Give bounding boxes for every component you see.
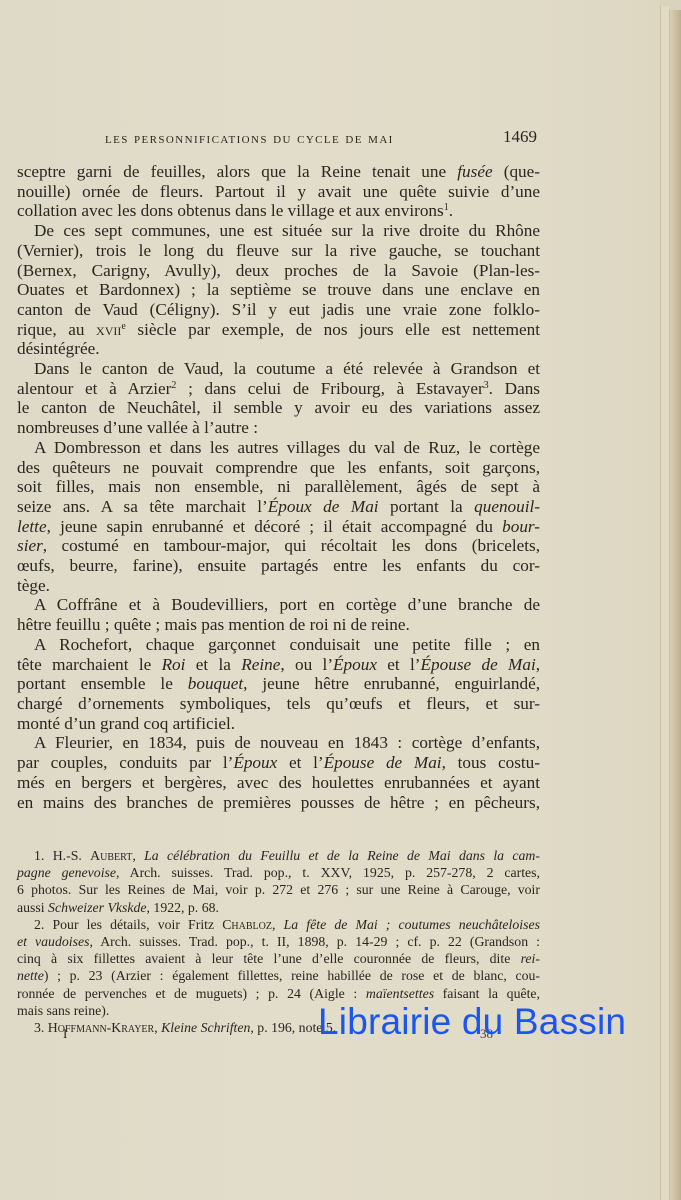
text-line: désintégrée. <box>17 339 540 359</box>
footnote-line: pagne genevoise, Arch. suisses. Trad. po… <box>17 864 540 881</box>
text-line: (Bernex, Carigny, Avully), deux proches … <box>17 261 540 281</box>
text-line: nombreuses d’une vallée à l’autre : <box>17 418 540 438</box>
text-line: De ces sept communes, une est située sur… <box>17 221 540 241</box>
text-line: canton de Vaud (Céligny). S’il y eut jad… <box>17 300 540 320</box>
footnote-line: cinq à six fillettes avaient à leur tête… <box>17 950 540 967</box>
text-line: collation avec les dons obtenus dans le … <box>17 201 540 221</box>
text-line: seize ans. A sa tête marchait l’Époux de… <box>17 497 540 517</box>
text-line: sceptre garni de feuilles, alors que la … <box>17 162 540 182</box>
footnote-line: 6 photos. Sur les Reines de Mai, voir p.… <box>17 881 540 898</box>
footnote-line: et vaudoises, Arch. suisses. Trad. pop.,… <box>17 933 540 950</box>
text-line: (Vernier), trois le long du fleuve sur l… <box>17 241 540 261</box>
watermark: Librairie du Bassin <box>318 1001 626 1043</box>
text-line: œufs, beurre, farine), ensuite partagés … <box>17 556 540 576</box>
text-line: Dans le canton de Vaud, la coutume a été… <box>17 359 540 379</box>
running-title: Les personnifications du cycle de mai <box>105 130 394 148</box>
text-line: lette, jeune sapin enrubanné et décoré ;… <box>17 517 540 537</box>
text-line: par couples, conduits par l’Époux et l’É… <box>17 753 540 773</box>
text-line: alentour et à Arzier2 ; dans celui de Fr… <box>17 379 540 399</box>
text-line: hêtre feuillu ; quête ; mais pas mention… <box>17 615 540 635</box>
text-line: des quêteurs ne pouvait comprendre que l… <box>17 458 540 478</box>
text-line: Ouates et Bardonnex) ; la septième se tr… <box>17 280 540 300</box>
text-line: més en bergers et bergères, avec des hou… <box>17 773 540 793</box>
text-line: sier, costumé en tambour-major, qui réco… <box>17 536 540 556</box>
footnote-line: nette) ; p. 23 (Arzier : également fille… <box>17 967 540 984</box>
text-line: chargé d’ornements symboliques, tels qu’… <box>17 694 540 714</box>
text-line: soit filles, mais non ensemble, ni paral… <box>17 477 540 497</box>
text-line: nouille) ornée de fleurs. Partout il y a… <box>17 182 540 202</box>
page-edge <box>660 6 669 1200</box>
footnote-line: ronnée de pervenches et de muguets) ; p.… <box>17 985 540 1002</box>
text-line: tège. <box>17 576 540 596</box>
text-line: A Dombresson et dans les autres villages… <box>17 438 540 458</box>
text-line: portant ensemble le bouquet, jeune hêtre… <box>17 674 540 694</box>
text-line: tête marchaient le Roi et la Reine, ou l… <box>17 655 540 675</box>
signature-mark: I <box>63 1026 67 1042</box>
footnote-line: aussi Schweizer Vkskde, 1922, p. 68. <box>17 899 540 916</box>
text-line: A Rochefort, chaque garçonnet conduisait… <box>17 635 540 655</box>
page-number: 1469 <box>503 127 537 147</box>
text-line: A Fleurier, en 1834, puis de nouveau en … <box>17 733 540 753</box>
main-text: sceptre garni de feuilles, alors que la … <box>17 162 540 812</box>
text-line: le canton de Neuchâtel, il semble y avoi… <box>17 398 540 418</box>
footnote-line: 1. H.-S. Aubert, La célébration du Feuil… <box>17 847 540 864</box>
text-line: rique, au xviie siècle par exemple, de n… <box>17 320 540 340</box>
text-line: en mains des branches de premières pouss… <box>17 793 540 813</box>
text-line: A Coffrâne et à Boudevilliers, port en c… <box>17 595 540 615</box>
footnote-line: 2. Pour les détails, voir Fritz Chabloz,… <box>17 916 540 933</box>
book-edge <box>669 10 681 1200</box>
text-line: monté d’un grand coq artificiel. <box>17 714 540 734</box>
book-page: Les personnifications du cycle de mai 14… <box>0 0 660 1200</box>
